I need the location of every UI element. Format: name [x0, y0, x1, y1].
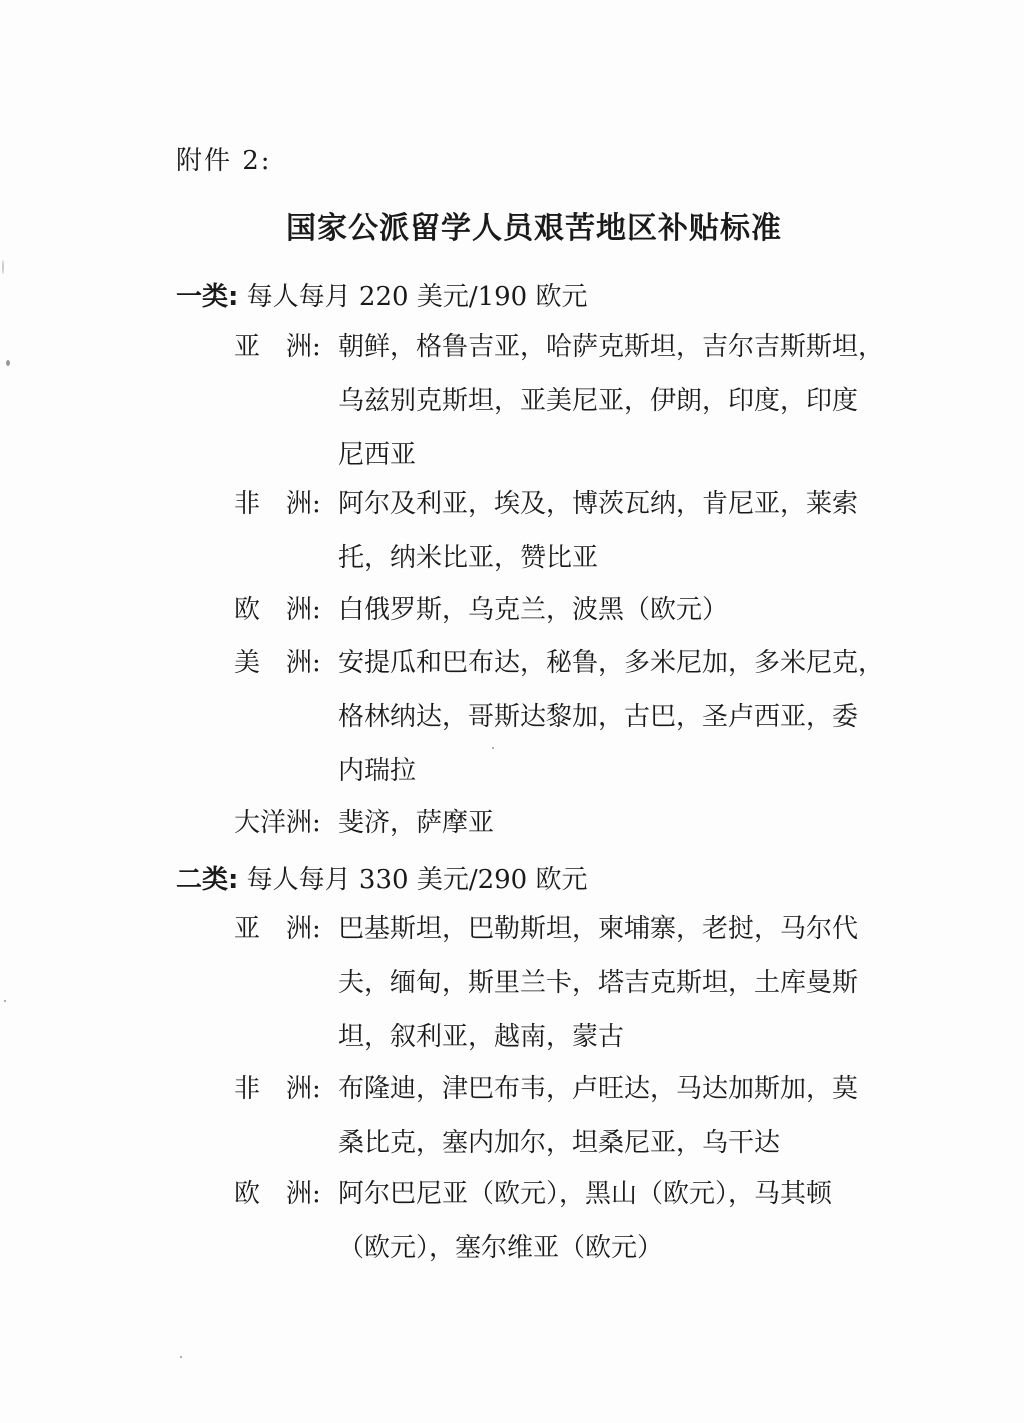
document-page: 附件 2: 国家公派留学人员艰苦地区补贴标准 一类: 每人每月 220 美元/1…	[0, 0, 1024, 1423]
scan-speck	[2, 260, 4, 274]
text-line: （欧元），塞尔维亚（欧元）	[338, 1221, 878, 1275]
document-title: 国家公派留学人员艰苦地区补贴标准	[286, 203, 782, 247]
region-label: 欧 洲:	[234, 1167, 334, 1221]
text-line: 桑比克，塞内加尔，坦桑尼亚，乌干达	[338, 1116, 878, 1170]
scan-speck	[4, 1000, 6, 1002]
region-countries: 安提瓜和巴布达，秘鲁，多米尼加，多米尼克， 格林纳达，哥斯达黎加，古巴，圣卢西亚…	[338, 636, 878, 798]
text-line: 坦，叙利亚，越南，蒙古	[338, 1010, 878, 1064]
scan-speck	[6, 360, 10, 366]
category-label: 一类:	[176, 282, 238, 312]
region-label: 亚 洲:	[234, 320, 334, 374]
text-line: 内瑞拉	[338, 744, 878, 798]
scan-speck	[492, 747, 494, 749]
category-2-heading: 二类: 每人每月 330 美元/290 欧元	[176, 859, 587, 896]
annex-label: 附件 2:	[176, 140, 272, 177]
region-countries: 布隆迪，津巴布韦，卢旺达，马达加斯加，莫 桑比克，塞内加尔，坦桑尼亚，乌干达	[338, 1062, 878, 1170]
category-rate: 每人每月 330 美元/290 欧元	[247, 865, 588, 895]
region-countries: 斐济，萨摩亚	[338, 796, 878, 850]
text-line: 乌兹别克斯坦，亚美尼亚，伊朗，印度，印度	[338, 374, 878, 428]
category-label: 二类:	[176, 865, 238, 895]
category-rate: 每人每月 220 美元/190 欧元	[247, 282, 588, 312]
text-line: 尼西亚	[338, 428, 878, 482]
scan-speck	[180, 1356, 182, 1358]
region-countries: 巴基斯坦，巴勒斯坦，柬埔寨，老挝，马尔代 夫，缅甸，斯里兰卡，塔吉克斯坦，土库曼…	[338, 902, 878, 1064]
text-line: 夫，缅甸，斯里兰卡，塔吉克斯坦，土库曼斯	[338, 956, 878, 1010]
text-line: 托，纳米比亚，赞比亚	[338, 531, 878, 585]
text-line: 巴基斯坦，巴勒斯坦，柬埔寨，老挝，马尔代	[338, 902, 878, 956]
text-line: 安提瓜和巴布达，秘鲁，多米尼加，多米尼克，	[338, 636, 878, 690]
text-line: 布隆迪，津巴布韦，卢旺达，马达加斯加，莫	[338, 1062, 878, 1116]
region-label: 亚 洲:	[234, 902, 334, 956]
region-label: 非 洲:	[234, 1062, 334, 1116]
text-line: 阿尔及利亚，埃及，博茨瓦纳，肯尼亚，莱索	[338, 477, 878, 531]
region-label: 非 洲:	[234, 477, 334, 531]
region-label: 欧 洲:	[234, 583, 334, 637]
text-line: 斐济，萨摩亚	[338, 796, 878, 850]
region-countries: 阿尔及利亚，埃及，博茨瓦纳，肯尼亚，莱索 托，纳米比亚，赞比亚	[338, 477, 878, 585]
category-1-heading: 一类: 每人每月 220 美元/190 欧元	[176, 276, 587, 313]
region-countries: 阿尔巴尼亚（欧元），黑山（欧元），马其顿 （欧元），塞尔维亚（欧元）	[338, 1167, 878, 1275]
text-line: 格林纳达，哥斯达黎加，古巴，圣卢西亚，委	[338, 690, 878, 744]
text-line: 阿尔巴尼亚（欧元），黑山（欧元），马其顿	[338, 1167, 878, 1221]
region-label: 美 洲:	[234, 636, 334, 690]
region-countries: 白俄罗斯，乌克兰，波黑（欧元）	[338, 583, 878, 637]
region-label: 大洋洲:	[234, 796, 334, 850]
region-countries: 朝鲜，格鲁吉亚，哈萨克斯坦，吉尔吉斯斯坦， 乌兹别克斯坦，亚美尼亚，伊朗，印度，…	[338, 320, 878, 482]
text-line: 朝鲜，格鲁吉亚，哈萨克斯坦，吉尔吉斯斯坦，	[338, 320, 878, 374]
text-line: 白俄罗斯，乌克兰，波黑（欧元）	[338, 583, 878, 637]
